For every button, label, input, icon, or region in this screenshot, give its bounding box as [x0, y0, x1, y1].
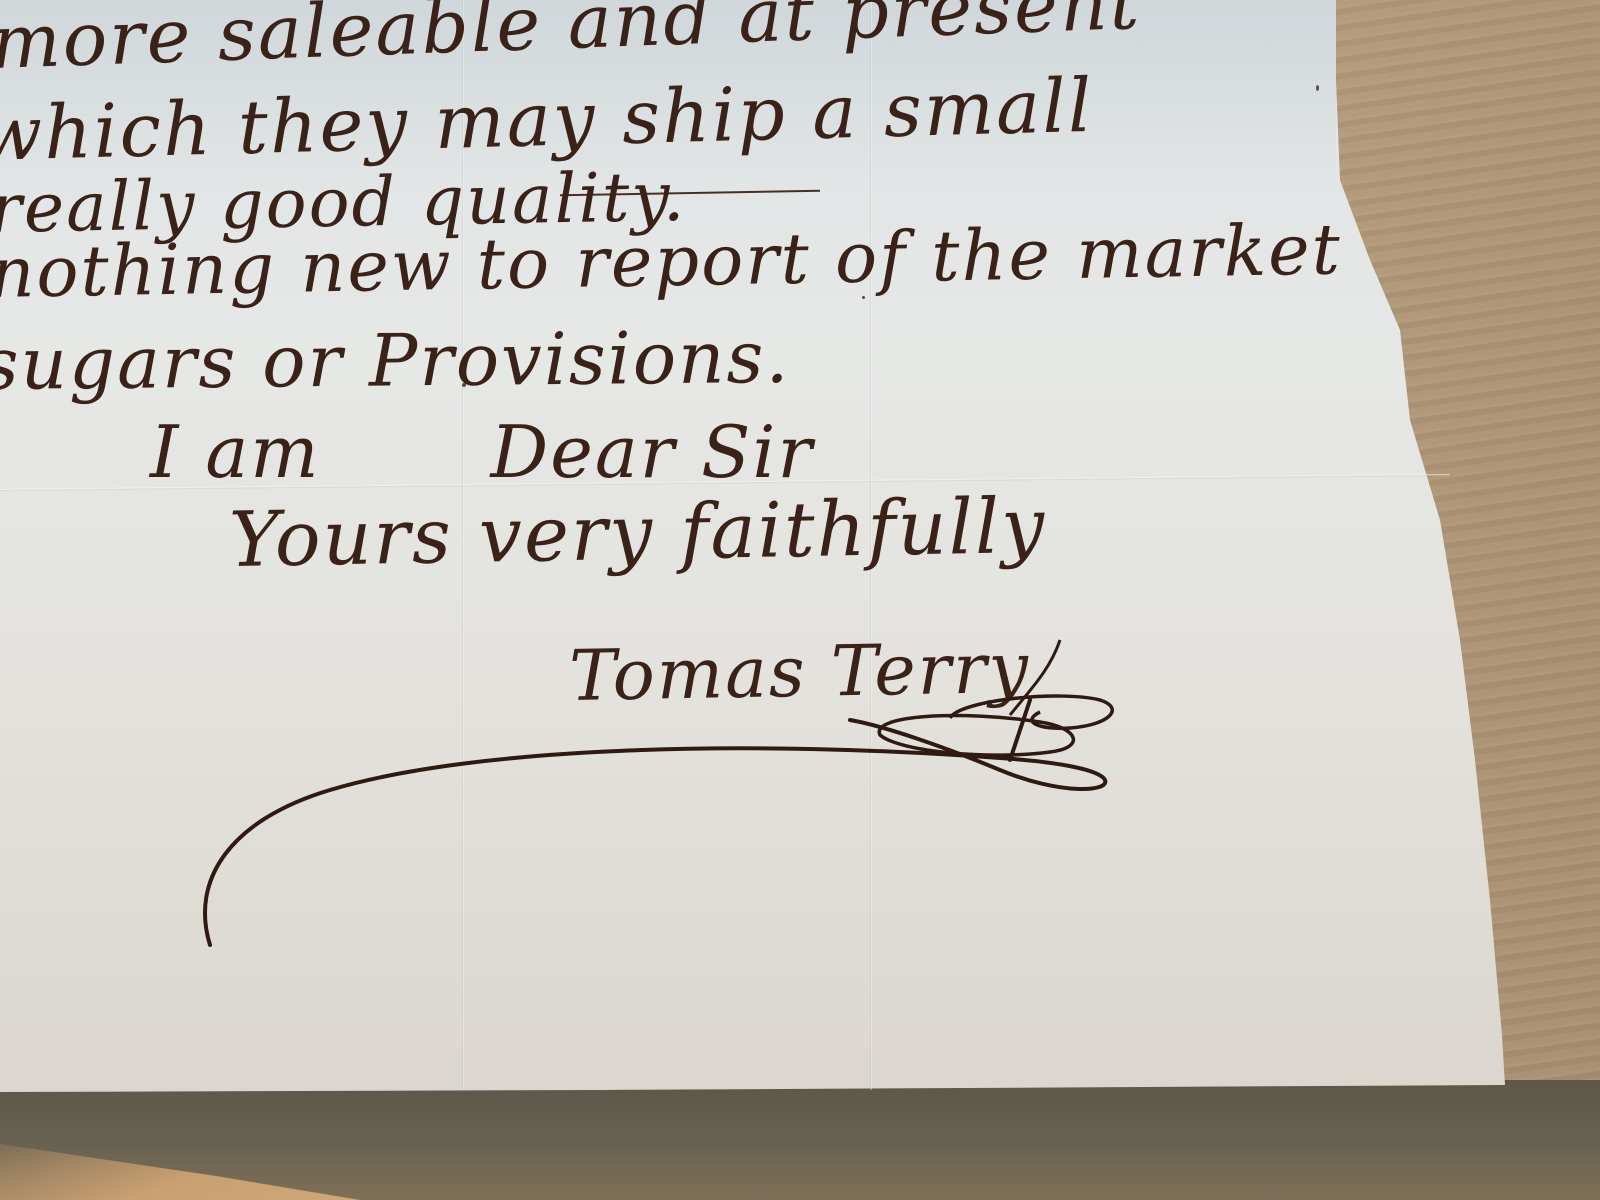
light-patch	[0, 1120, 360, 1200]
ink-speck	[462, 383, 466, 387]
letter-line-5: sugars or Provisions.	[0, 315, 791, 406]
table-shadow	[0, 1080, 1600, 1200]
closing-line-1: I amDear Sir	[150, 410, 814, 494]
closing-dear-sir: Dear Sir	[491, 410, 814, 494]
signature: Tomas Terry	[569, 627, 1031, 717]
closing-i-am: I am	[150, 410, 321, 494]
ink-speck	[1316, 85, 1319, 91]
closing-line-2: Yours very faithfully	[228, 481, 1046, 584]
ink-speck	[862, 296, 865, 299]
